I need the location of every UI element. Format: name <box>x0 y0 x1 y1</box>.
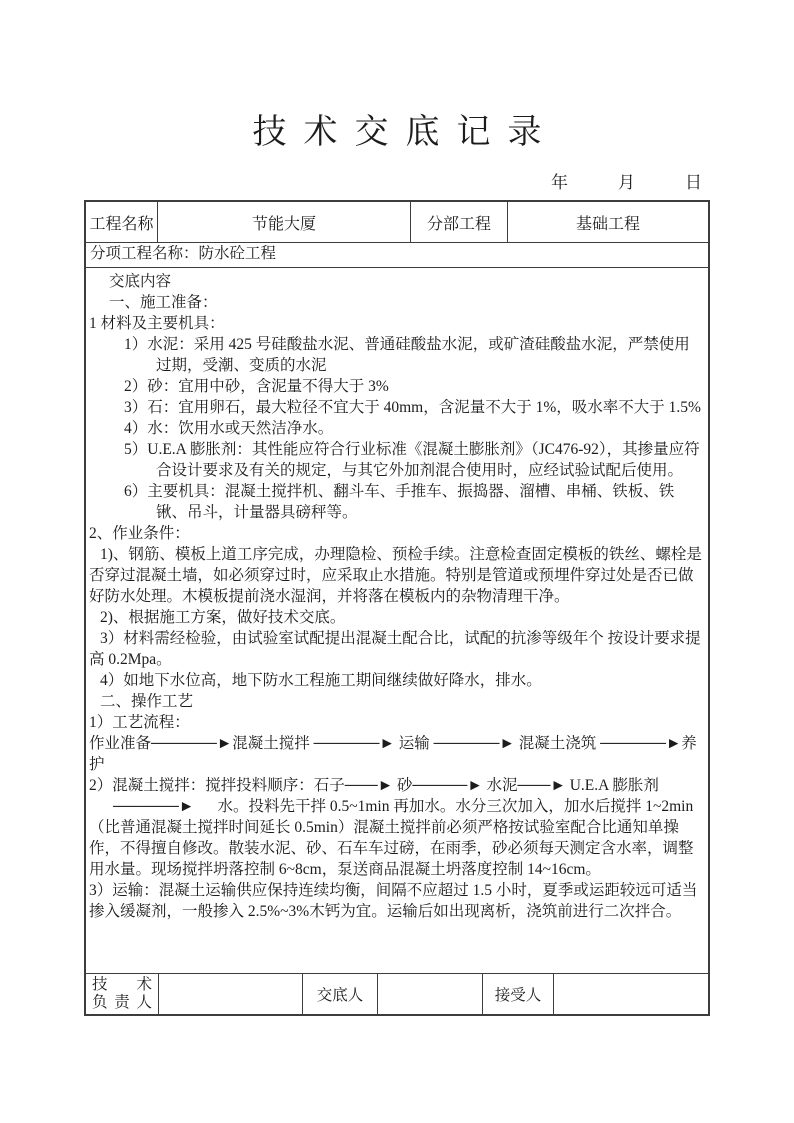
date-line: 年 月 日 <box>84 168 710 193</box>
tech-lead-label: 技术 负责人 <box>86 974 158 1014</box>
content-paragraph: 3）石：宜用卵石，最大粒径不宜大于 40mm，含泥量不大于 1%，吸水率不大于 … <box>89 397 704 418</box>
division-label: 分部工程 <box>410 202 507 242</box>
sub-project-line: 分项工程名称：防水砼工程 <box>86 243 708 267</box>
content-paragraph: 作业准备──────►混凝土搅拌 ──────► 运输 ──────► 混凝土浇… <box>89 733 704 775</box>
disclosure-record-table: 工程名称 节能大厦 分部工程 基础工程 分项工程名称：防水砼工程 交底内容一、施… <box>84 200 710 1016</box>
content-paragraph: 1）水泥：采用 425 号硅酸盐水泥、普通硅酸盐水泥，或矿渣硅酸盐水泥，严禁使用… <box>89 334 704 376</box>
content-paragraph: 4）水：饮用水或天然洁净水。 <box>89 418 704 439</box>
content-paragraph: 6）主要机具：混凝土搅拌机、翻斗车、手推车、振捣器、溜槽、串桶、铁板、铁锹、吊斗… <box>89 481 704 523</box>
briefer-label: 交底人 <box>302 974 377 1014</box>
content-paragraph: 二、操作工艺 <box>89 691 704 712</box>
date-label-day: 日 <box>685 168 702 193</box>
content-paragraph: 3）材料需经检验，由试验室试配提出混凝土配合比，试配的抗渗等级年个 按设计要求提… <box>89 628 704 670</box>
briefer-signature-cell <box>377 974 482 1014</box>
receiver-label: 接受人 <box>482 974 553 1014</box>
project-name-value: 节能大厦 <box>157 202 410 242</box>
content-paragraph: 2）砂：宜用中砂，含泥量不得大于 3% <box>89 376 704 397</box>
tech-lead-label-line2: 负责人 <box>92 994 152 1012</box>
tech-lead-signature-cell <box>158 974 302 1014</box>
content-paragraph: 一、施工准备： <box>89 292 704 313</box>
content-paragraph: ──────► 水。投料先干拌 0.5~1min 再加水。水分三次加入，加水后搅… <box>89 796 704 880</box>
receiver-signature-cell <box>553 974 708 1014</box>
content-paragraph: 1 材料及主要机具： <box>89 313 704 334</box>
page-title: 技术交底记录 <box>84 104 710 153</box>
content-paragraphs: 交底内容一、施工准备：1 材料及主要机具：1）水泥：采用 425 号硅酸盐水泥、… <box>86 268 708 973</box>
content-paragraph: 2）混凝土搅拌：搅拌投料顺序：石子───► 砂─────► 水泥───► U.E… <box>89 775 704 796</box>
date-label-year: 年 <box>551 168 568 193</box>
sub-project-row: 分项工程名称：防水砼工程 <box>86 242 708 267</box>
content-paragraph: 1)、钢筋、模板上道工序完成，办理隐检、预检手续。注意检查固定模板的铁丝、螺栓是… <box>89 544 704 607</box>
content-paragraph: 3）运输：混凝土运输供应保持连续均衡，间隔不应超过 1.5 小时，夏季或运距较远… <box>89 880 704 922</box>
division-value: 基础工程 <box>507 202 708 242</box>
content-paragraph: 交底内容 <box>89 271 704 292</box>
content-paragraph: 2、作业条件： <box>89 523 704 544</box>
date-label-month: 月 <box>618 168 635 193</box>
content-paragraph: 5）U.E.A 膨胀剂：其性能应符合行业标准《混凝土膨胀剂》（JC476-92）… <box>89 439 704 481</box>
document-page: 技术交底记录 年 月 日 工程名称 节能大厦 分部工程 基础工程 分项工程名称：… <box>0 0 794 1123</box>
content-paragraph: 1）工艺流程： <box>89 712 704 733</box>
tech-lead-label-line1: 技术 <box>92 976 152 994</box>
project-info-row: 工程名称 节能大厦 分部工程 基础工程 <box>86 202 708 242</box>
content-paragraph: 2)、根据施工方案，做好技术交底。 <box>89 607 704 628</box>
project-name-label: 工程名称 <box>86 202 157 242</box>
content-paragraph: 4）如地下水位高，地下防水工程施工期间继续做好降水，排水。 <box>89 670 704 691</box>
disclosure-content-row: 交底内容一、施工准备：1 材料及主要机具：1）水泥：采用 425 号硅酸盐水泥、… <box>86 267 708 973</box>
signature-row: 技术 负责人 交底人 接受人 <box>86 973 708 1014</box>
